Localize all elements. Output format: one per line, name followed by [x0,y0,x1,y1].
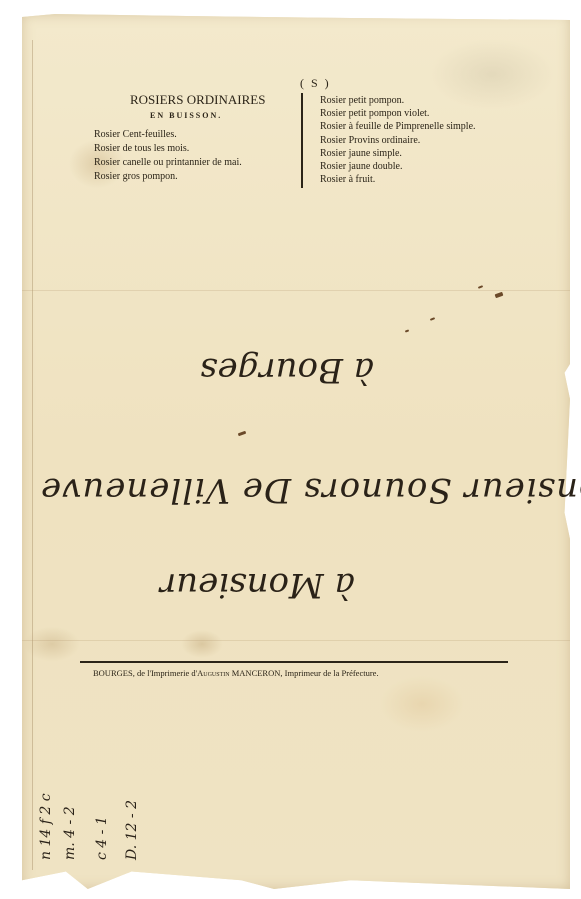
fold-line-horizontal [22,640,570,641]
page-marker: ( S ) [300,76,331,91]
imprint-city: BOURGES [93,668,133,678]
list-item: Rosier canelle ou printannier de mai. [94,156,242,170]
column-divider [301,93,303,188]
fold-line-horizontal [22,290,570,291]
handwritten-address-city: à Bourges [200,350,374,390]
tally-mark: m. 4 - 2 [62,806,78,860]
list-item: Rosier petit pompon. [320,94,476,107]
list-item: Rosier gros pompon. [94,170,242,184]
section-subheading: EN BUISSON. [150,111,222,120]
imprint-printer: Augustin [197,668,229,678]
list-item: Rosier Cent-feuilles. [94,128,242,142]
rose-list-left: Rosier Cent-feuilles. Rosier de tous les… [94,128,242,184]
imprint-printer-surname: MANCERON [232,668,281,678]
tally-mark: n 14 f 2 c [38,793,54,860]
list-item: Rosier Provins ordinaire. [320,134,476,147]
list-item: Rosier à feuille de Pimprenelle simple. [320,120,476,133]
tally-mark: c 4 - 1 [94,816,110,860]
list-item: Rosier jaune simple. [320,147,476,160]
imprint-rule [80,661,508,663]
rose-list-right: Rosier petit pompon. Rosier petit pompon… [320,94,476,186]
list-item: Rosier jaune double. [320,160,476,173]
fold-line-vertical [32,40,33,870]
tally-mark: D. 12 - 2 [124,800,140,860]
list-item: Rosier de tous les mois. [94,142,242,156]
list-item: Rosier petit pompon violet. [320,107,476,120]
printer-imprint: BOURGES, de l'Imprimerie d'Augustin MANC… [93,668,379,678]
list-item: Rosier à fruit. [320,173,476,186]
section-heading: ROSIERS ORDINAIRES [130,92,265,108]
handwritten-address-name: Monsieur Sounors De Villeneuve [40,470,581,510]
handwritten-address-salutation: à Monsieur [160,565,355,605]
